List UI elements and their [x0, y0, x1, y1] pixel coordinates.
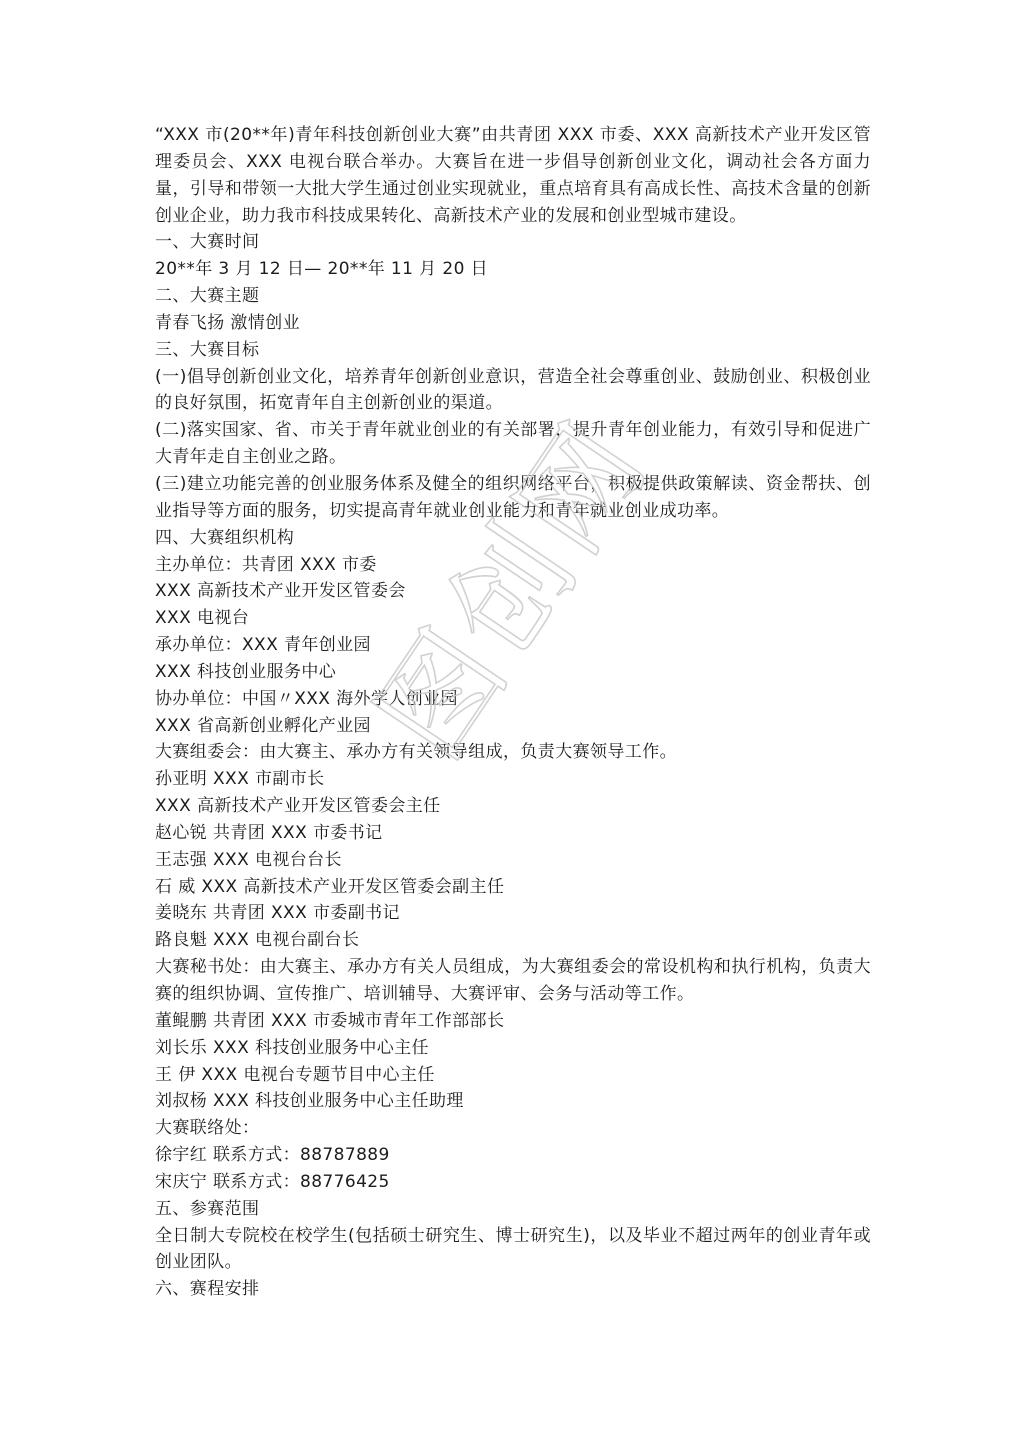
org-line: 协办单位：中国〃XXX 海外学人创业园 [155, 686, 871, 713]
goal-item-1: (一)倡导创新创业文化，培养青年创新创业意识，营造全社会尊重创业、鼓励创业、积极… [155, 364, 871, 418]
org-line: 主办单位：共青团 XXX 市委 [155, 552, 871, 579]
org-line: XXX 高新技术产业开发区管委会 [155, 578, 871, 605]
goal-item-2: (二)落实国家、省、市关于青年就业创业的有关部署，提升青年创业能力，有效引导和促… [155, 417, 871, 471]
committee-member: XXX 高新技术产业开发区管委会主任 [155, 793, 871, 820]
committee-member: 赵心锐 共青团 XXX 市委书记 [155, 820, 871, 847]
org-line: 承办单位：XXX 青年创业园 [155, 632, 871, 659]
contest-dates: 20**年 3 月 12 日— 20**年 11 月 20 日 [155, 256, 871, 283]
document-page: “XXX 市(20**年)青年科技创新创业大赛”由共青团 XXX 市委、XXX … [155, 122, 871, 1303]
contest-theme: 青春飞扬 激情创业 [155, 310, 871, 337]
secretariat-description: 大赛秘书处：由大赛主、承办方有关人员组成，为大赛组委会的常设机构和执行机构，负责… [155, 954, 871, 1008]
section-heading-goals: 三、大赛目标 [155, 337, 871, 364]
secretariat-member: 刘长乐 XXX 科技创业服务中心主任 [155, 1035, 871, 1062]
committee-member: 路良魁 XXX 电视台副台长 [155, 927, 871, 954]
intro-paragraph: “XXX 市(20**年)青年科技创新创业大赛”由共青团 XXX 市委、XXX … [155, 122, 871, 229]
committee-member: 王志强 XXX 电视台台长 [155, 847, 871, 874]
section-heading-time: 一、大赛时间 [155, 229, 871, 256]
goal-item-3: (三)建立功能完善的创业服务体系及健全的组织网络平台，积极提供政策解读、资金帮扶… [155, 471, 871, 525]
liaison-heading: 大赛联络处： [155, 1115, 871, 1142]
secretariat-member: 王 伊 XXX 电视台专题节目中心主任 [155, 1062, 871, 1089]
liaison-contact: 徐宇红 联系方式：88787889 [155, 1142, 871, 1169]
committee-member: 孙亚明 XXX 市副市长 [155, 766, 871, 793]
section-heading-theme: 二、大赛主题 [155, 283, 871, 310]
org-line: XXX 科技创业服务中心 [155, 659, 871, 686]
section-heading-schedule: 六、赛程安排 [155, 1276, 871, 1303]
org-line: 大赛组委会：由大赛主、承办方有关领导组成，负责大赛领导工作。 [155, 739, 871, 766]
committee-member: 姜晓东 共青团 XXX 市委副书记 [155, 900, 871, 927]
section-heading-organization: 四、大赛组织机构 [155, 525, 871, 552]
scope-description: 全日制大专院校在校学生(包括硕士研究生、博士研究生)，以及毕业不超过两年的创业青… [155, 1223, 871, 1277]
secretariat-member: 董鲲鹏 共青团 XXX 市委城市青年工作部部长 [155, 1008, 871, 1035]
liaison-contact: 宋庆宁 联系方式：88776425 [155, 1169, 871, 1196]
org-line: XXX 电视台 [155, 605, 871, 632]
org-line: XXX 省高新创业孵化产业园 [155, 713, 871, 740]
section-heading-scope: 五、参赛范围 [155, 1196, 871, 1223]
secretariat-member: 刘叔杨 XXX 科技创业服务中心主任助理 [155, 1088, 871, 1115]
committee-member: 石 威 XXX 高新技术产业开发区管委会副主任 [155, 874, 871, 901]
